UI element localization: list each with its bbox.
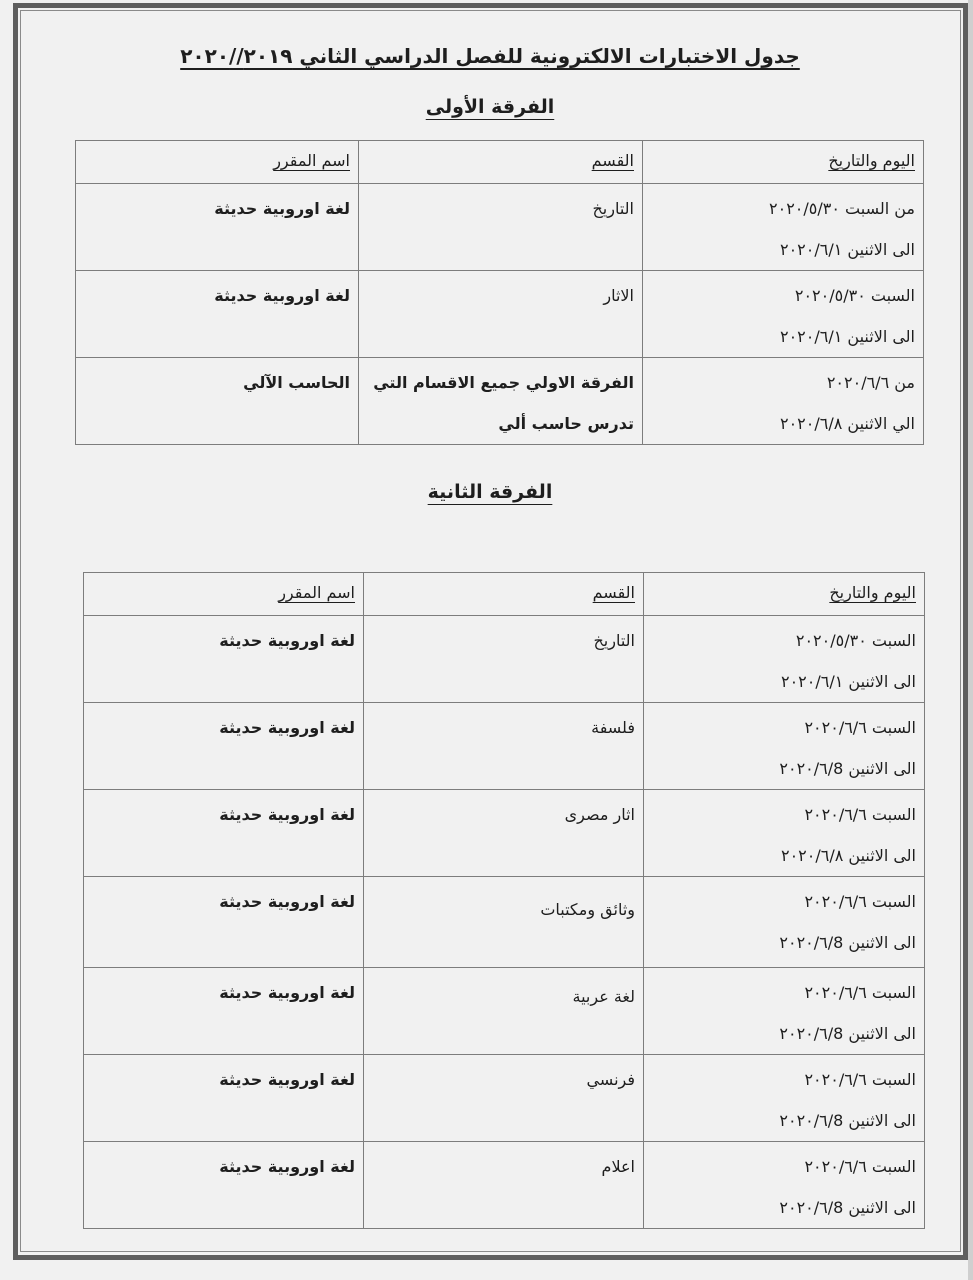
- table-row: السبت ٢٠٢٠/٥/٣٠الى الاثنين ٢٠٢٠/٦/١ التا…: [84, 616, 925, 703]
- table-row: السبت ٢٠٢٠/٦/٦الى الاثنين ٢٠٢٠/٦/٨ اثار …: [84, 790, 925, 877]
- table-row: السبت ٢٠٢٠/٦/٦الى الاثنين ٢٠٢٠/٦/8 وثائق…: [84, 877, 925, 968]
- table-row: السبت ٢٠٢٠/٦/٦الى الاثنين ٢٠٢٠/٦/8 لغة ع…: [84, 968, 925, 1055]
- cell-department: الاثار: [359, 271, 643, 358]
- section-title-second-year: الفرقة الثانية: [290, 481, 690, 503]
- schedule-table-first-year: اليوم والتاريخ القسم اسم المقرر من السبت…: [75, 140, 924, 445]
- header-department: القسم: [359, 141, 643, 184]
- cell-course: لغة اوروبية حديثة: [84, 1142, 364, 1229]
- cell-course: لغة اوروبية حديثة: [76, 271, 359, 358]
- cell-department: التاريخ: [364, 616, 644, 703]
- cell-department: فرنسي: [364, 1055, 644, 1142]
- table-row: السبت ٢٠٢٠/٦/٦الى الاثنين ٢٠٢٠/٦/8 فرنسي…: [84, 1055, 925, 1142]
- header-course: اسم المقرر: [76, 141, 359, 184]
- header-date: اليوم والتاريخ: [644, 573, 925, 616]
- table-header-row: اليوم والتاريخ القسم اسم المقرر: [84, 573, 925, 616]
- cell-date: السبت ٢٠٢٠/٦/٦الى الاثنين ٢٠٢٠/٦/8: [644, 968, 925, 1055]
- cell-date: السبت ٢٠٢٠/٦/٦الى الاثنين ٢٠٢٠/٦/8: [644, 1142, 925, 1229]
- cell-course: لغة اوروبية حديثة: [76, 184, 359, 271]
- cell-department: لغة عربية: [364, 968, 644, 1055]
- cell-date: السبت ٢٠٢٠/٦/٦الى الاثنين ٢٠٢٠/٦/8: [644, 877, 925, 968]
- cell-department: اعلام: [364, 1142, 644, 1229]
- header-course: اسم المقرر: [84, 573, 364, 616]
- header-department: القسم: [364, 573, 644, 616]
- schedule-table-second-year: اليوم والتاريخ القسم اسم المقرر السبت ٢٠…: [83, 572, 925, 1229]
- cell-course: لغة اوروبية حديثة: [84, 703, 364, 790]
- cell-department: وثائق ومكتبات: [364, 877, 644, 968]
- table-row: من السبت ٢٠٢٠/٥/٣٠الى الاثنين ٢٠٢٠/٦/١ ا…: [76, 184, 924, 271]
- cell-department: فلسفة: [364, 703, 644, 790]
- cell-department: الفرقة الاولي جميع الاقسام التيتدرس حاسب…: [359, 358, 643, 445]
- table-row: السبت ٢٠٢٠/٥/٣٠الى الاثنين ٢٠٢٠/٦/١ الاث…: [76, 271, 924, 358]
- section-title-first-year: الفرقة الأولى: [290, 96, 690, 118]
- cell-date: من ٢٠٢٠/٦/٦الي الاثنين ٢٠٢٠/٦/٨: [643, 358, 924, 445]
- cell-course: الحاسب الآلي: [76, 358, 359, 445]
- cell-course: لغة اوروبية حديثة: [84, 790, 364, 877]
- document-title: جدول الاختبارات الالكترونية للفصل الدراس…: [150, 44, 830, 68]
- cell-date: من السبت ٢٠٢٠/٥/٣٠الى الاثنين ٢٠٢٠/٦/١: [643, 184, 924, 271]
- table-row: من ٢٠٢٠/٦/٦الي الاثنين ٢٠٢٠/٦/٨ الفرقة ا…: [76, 358, 924, 445]
- cell-department: التاريخ: [359, 184, 643, 271]
- header-date: اليوم والتاريخ: [643, 141, 924, 184]
- cell-date: السبت ٢٠٢٠/٥/٣٠الى الاثنين ٢٠٢٠/٦/١: [644, 616, 925, 703]
- table-header-row: اليوم والتاريخ القسم اسم المقرر: [76, 141, 924, 184]
- cell-department: اثار مصرى: [364, 790, 644, 877]
- cell-course: لغة اوروبية حديثة: [84, 616, 364, 703]
- cell-course: لغة اوروبية حديثة: [84, 877, 364, 968]
- page-edge-shadow: [968, 0, 973, 1280]
- table-row: السبت ٢٠٢٠/٦/٦الى الاثنين ٢٠٢٠/٦/8 اعلام…: [84, 1142, 925, 1229]
- cell-date: السبت ٢٠٢٠/٦/٦الى الاثنين ٢٠٢٠/٦/٨: [644, 790, 925, 877]
- cell-course: لغة اوروبية حديثة: [84, 1055, 364, 1142]
- cell-date: السبت ٢٠٢٠/٦/٦الى الاثنين ٢٠٢٠/٦/8: [644, 1055, 925, 1142]
- cell-date: السبت ٢٠٢٠/٥/٣٠الى الاثنين ٢٠٢٠/٦/١: [643, 271, 924, 358]
- table-row: السبت ٢٠٢٠/٦/٦الى الاثنين ٢٠٢٠/٦/8 فلسفة…: [84, 703, 925, 790]
- cell-course: لغة اوروبية حديثة: [84, 968, 364, 1055]
- cell-date: السبت ٢٠٢٠/٦/٦الى الاثنين ٢٠٢٠/٦/8: [644, 703, 925, 790]
